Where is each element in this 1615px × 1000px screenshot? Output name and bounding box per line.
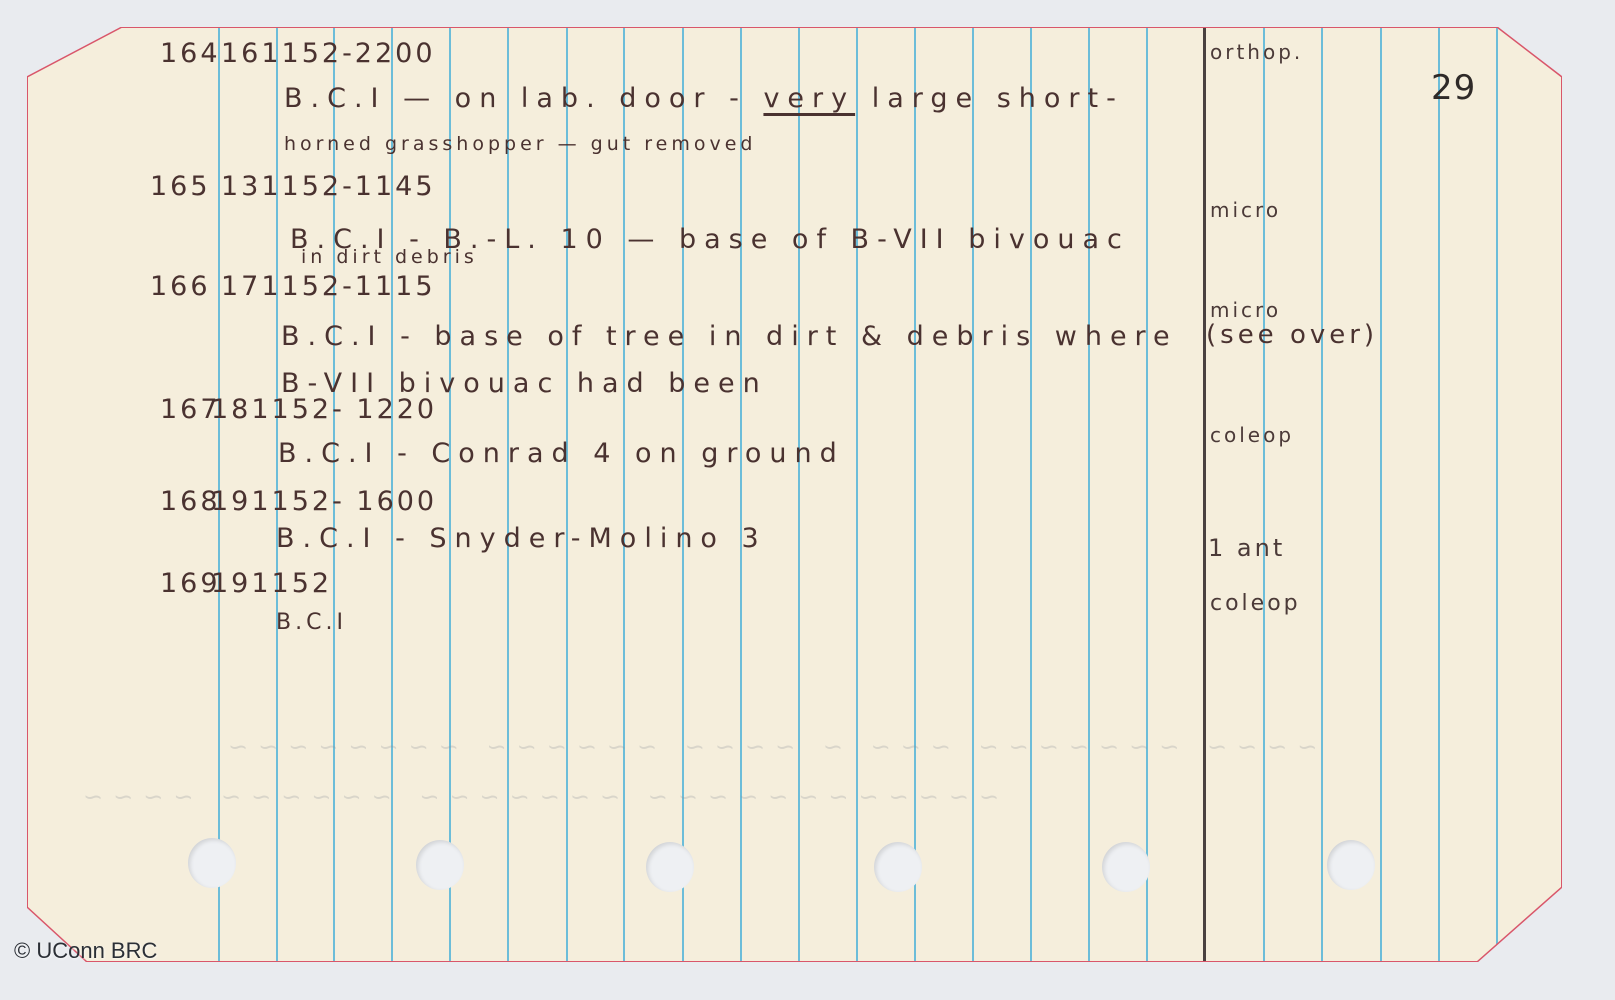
entry-line: B.C.I - Conrad 4 on ground [278, 438, 845, 469]
blue-rule [972, 28, 974, 961]
entry-text: large short- [855, 83, 1124, 114]
entry-datetime: 191152- 1600 [211, 486, 437, 517]
punch-hole [874, 842, 922, 892]
punch-hole [188, 838, 236, 888]
blue-rule [1030, 28, 1032, 961]
entry-text: B.C.I — on lab. door - [284, 83, 747, 114]
margin-note: coleop [1210, 423, 1294, 447]
blue-rule [682, 28, 684, 961]
entry-line: B.C.I [276, 610, 347, 635]
margin-note: micro [1210, 298, 1281, 322]
margin-note: orthop. [1210, 40, 1303, 64]
blue-rule [1380, 28, 1382, 961]
blue-rule [449, 28, 451, 961]
blue-rule [1438, 28, 1440, 961]
blue-rule [566, 28, 568, 961]
entry-datetime: 161152-2200 [221, 38, 436, 69]
punch-hole [646, 842, 694, 892]
entry-line: B.C.I - Snyder-Molino 3 [276, 523, 767, 554]
index-card: ~~~~ ~~~~~~~ ~~~ ~ ~~~~ ~~~~~~ ~~~~~~~~ … [27, 27, 1562, 962]
punch-hole [1327, 840, 1375, 890]
entry-datetime: 181152- 1220 [211, 394, 437, 425]
blue-rule [1496, 28, 1498, 961]
blue-rule [1263, 28, 1265, 961]
entry-number: 166 [150, 271, 211, 302]
margin-note: coleop [1210, 591, 1301, 616]
entry-number: 165 [150, 171, 211, 202]
entry-line: B.C.I - base of tree in dirt & debris wh… [281, 321, 1178, 352]
entry-line: in dirt debris [301, 246, 478, 268]
margin-note: micro [1210, 198, 1281, 222]
copyright-credit: © UConn BRC [14, 938, 157, 964]
margin-note-see-over: (see over) [1206, 320, 1378, 350]
emphasis-text: very [763, 83, 855, 114]
entry-line: B.C.I — on lab. door - very large short- [284, 83, 1124, 114]
blue-rule [856, 28, 858, 961]
blue-rule [623, 28, 625, 961]
bleed-through-text: ~~~~ ~~~~~~~ ~~~ ~ ~~~~ ~~~~~~ ~~~~~~~~ [218, 733, 1317, 761]
blue-rule [740, 28, 742, 961]
blue-rule [1146, 28, 1148, 961]
blue-rule [507, 28, 509, 961]
entry-datetime: 171152-1115 [221, 271, 436, 302]
punch-hole [1102, 842, 1150, 892]
entry-line: horned grasshopper — gut removed [284, 133, 756, 155]
page-number: 29 [1431, 68, 1476, 108]
margin-note: 1 ant [1208, 534, 1285, 562]
punch-hole [416, 840, 464, 890]
entry-datetime: 191152 [211, 568, 332, 599]
blue-rule [1088, 28, 1090, 961]
blue-rule [1321, 28, 1323, 961]
blue-rule [914, 28, 916, 961]
blue-rule [798, 28, 800, 961]
margin-rule [1203, 28, 1206, 961]
entry-datetime: 131152-1145 [221, 171, 436, 202]
bleed-through-text: ~~~~~~~~~~~~ ~~~~~~~ ~~~~~~ ~~~~ [73, 783, 999, 811]
entry-number: 164 [160, 38, 221, 69]
